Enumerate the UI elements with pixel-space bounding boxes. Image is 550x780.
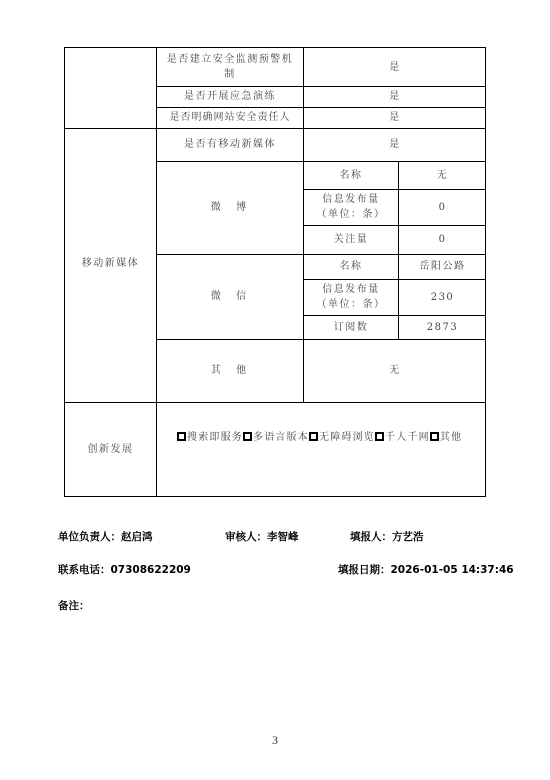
innovation-options: 搜索即服务多语言版本无障碍浏览千人千网其他 — [157, 402, 486, 472]
mobile-media-section-label: 移动新媒体 — [65, 128, 156, 402]
weixin-posts-label: 信息发布量（单位：条） — [315, 279, 387, 315]
reviewer: 审核人：李智峰 — [225, 529, 299, 544]
has-mobile-media-value: 是 — [304, 128, 486, 161]
option-search-service[interactable]: 搜索即服务 — [177, 432, 243, 443]
weibo-name-label: 名称 — [304, 161, 398, 189]
checkbox-icon[interactable] — [177, 432, 186, 441]
weibo-posts-value: 0 — [399, 189, 486, 225]
option-personalized[interactable]: 千人千网 — [375, 432, 430, 443]
contact-phone: 联系电话：07308622209 — [58, 562, 191, 577]
emergency-drill-label: 是否开展应急演练 — [157, 86, 303, 107]
has-mobile-media-label: 是否有移动新媒体 — [157, 128, 303, 161]
innovation-section-label: 创新发展 — [65, 402, 156, 496]
weibo-label: 微 博 — [157, 161, 303, 254]
security-officer-value: 是 — [304, 107, 486, 128]
checkbox-icon[interactable] — [430, 432, 439, 441]
weixin-posts-value: 230 — [399, 279, 486, 315]
weixin-name-value: 岳阳公路 — [399, 254, 486, 279]
weibo-name-value: 无 — [399, 161, 486, 189]
checkbox-icon[interactable] — [375, 432, 384, 441]
option-accessibility[interactable]: 无障碍浏览 — [309, 432, 375, 443]
filler: 填报人：方艺浩 — [350, 529, 424, 544]
option-other[interactable]: 其他 — [430, 432, 462, 443]
option-multilingual[interactable]: 多语言版本 — [243, 432, 309, 443]
monitoring-warning-value: 是 — [304, 48, 486, 86]
checkbox-icon[interactable] — [309, 432, 318, 441]
remarks: 备注： — [58, 598, 90, 613]
report-table: 是否建立安全监测预警机制 是 是否开展应急演练 是 是否明确网站安全责任人 是 … — [64, 47, 486, 497]
weibo-followers-value: 0 — [399, 225, 486, 254]
other-media-label: 其 他 — [157, 339, 303, 402]
weixin-subscribers-label: 订阅数 — [304, 315, 398, 339]
checkbox-icon[interactable] — [243, 432, 252, 441]
unit-head: 单位负责人：赵启鸿 — [58, 529, 153, 544]
other-media-value: 无 — [304, 339, 486, 402]
monitoring-warning-label: 是否建立安全监测预警机制 — [165, 48, 295, 86]
security-officer-label: 是否明确网站安全责任人 — [157, 107, 303, 128]
weixin-label: 微 信 — [157, 254, 303, 339]
page-number: 3 — [0, 733, 550, 748]
weibo-posts-label: 信息发布量（单位：条） — [315, 189, 387, 225]
emergency-drill-value: 是 — [304, 86, 486, 107]
weixin-subscribers-value: 2873 — [399, 315, 486, 339]
innovation-checkbox-row: 搜索即服务多语言版本无障碍浏览千人千网其他 — [177, 430, 462, 445]
weibo-followers-label: 关注量 — [304, 225, 398, 254]
weixin-name-label: 名称 — [304, 254, 398, 279]
fill-date: 填报日期：2026-01-05 14:37:46 — [338, 562, 514, 577]
